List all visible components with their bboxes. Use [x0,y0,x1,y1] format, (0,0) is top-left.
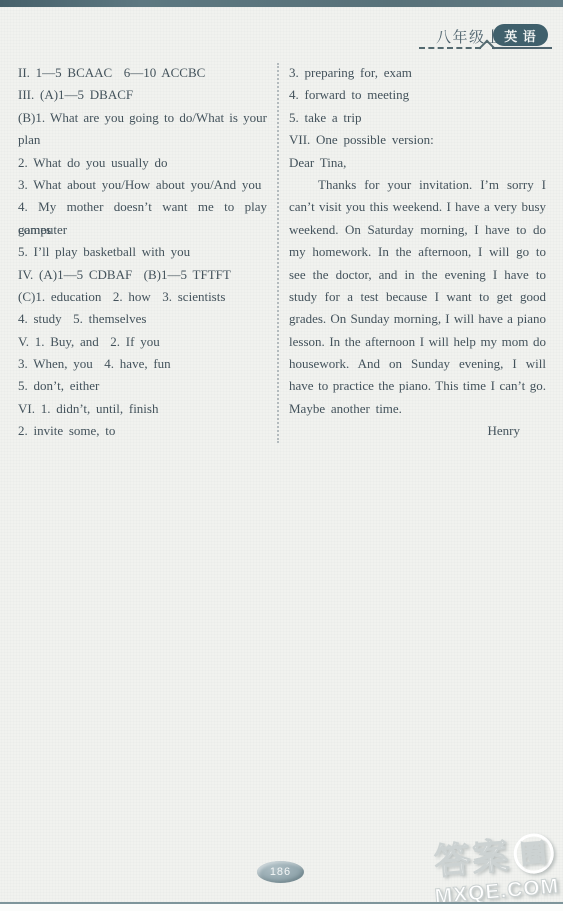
answer-line: 3. What about you/How about you/And you [18,174,267,196]
answer-line: IV. (A)1—5 CDBAF (B)1—5 TFTFT [18,264,267,286]
watermark: 答案 圈 MXQE.COM [417,830,563,911]
letter-body-line: lesson. In the afternoon I will help my … [289,331,546,353]
answer-line: 5. don’t, either [18,375,267,397]
letter-body-line: Maybe another time. [289,398,546,420]
answer-line: 5. take a trip [289,107,546,129]
answer-line: 3. When, you 4. have, fun [18,353,267,375]
answer-line: plan [18,129,267,151]
letter-body-line: housework. And on Sunday evening, I will [289,353,546,375]
letter-body-line: have to practice the piano. This time I … [289,375,546,397]
column-divider [277,63,279,443]
answer-line: (C)1. education 2. how 3. scientists [18,286,267,308]
answer-line: 4. My mother doesn’t want me to play com… [18,196,267,218]
answer-line: VI. 1. didn’t, until, finish [18,398,267,420]
letter-body-line: study for a test because I want to get g… [289,286,546,308]
subject-badge: 英 语 [493,24,548,46]
letter-salutation: Dear Tina, [289,152,546,174]
letter-body-line: can’t visit you this weekend. I have a v… [289,196,546,218]
page-number-badge: 186 [257,861,304,883]
letter-body-line: weekend. On Saturday morning, I have to … [289,219,546,241]
answer-line: 2. What do you usually do [18,152,267,174]
letter-body-line: grades. On Sunday morning, I will have a… [289,308,546,330]
answers-column-right: 3. preparing for, exam 4. forward to mee… [289,62,546,443]
answer-line: 4. forward to meeting [289,84,546,106]
answer-line: (B)1. What are you going to do/What is y… [18,107,267,129]
answer-line: V. 1. Buy, and 2. If you [18,331,267,353]
letter-body-line: Thanks for your invitation. I’m sorry I [289,174,546,196]
answer-line: 4. study 5. themselves [18,308,267,330]
answer-line: VII. One possible version: [289,129,546,151]
watermark-brand-text: 答案 [433,835,512,883]
letter-signature: Henry [289,420,546,442]
answers-column-left: II. 1—5 BCAAC 6—10 ACCBC III. (A)1—5 DBA… [18,62,267,443]
watermark-circle-icon: 圈 [512,832,555,875]
answer-line: III. (A)1—5 DBACF [18,84,267,106]
header-dash-line [419,47,481,49]
subject-badge-underline [492,47,552,49]
answer-line: 5. I’ll play basketball with you [18,241,267,263]
answer-line: 3. preparing for, exam [289,62,546,84]
letter-body-line: see the doctor, and in the evening I hav… [289,264,546,286]
page-bottom-margin [0,904,563,911]
scanned-answer-page: 八年级上 英 语 II. 1—5 BCAAC 6—10 ACCBC III. (… [0,0,563,911]
letter-body-line: my homework. In the afternoon, I will go… [289,241,546,263]
answer-line: 2. invite some, to [18,420,267,442]
page-top-border [0,0,563,7]
answer-line: II. 1—5 BCAAC 6—10 ACCBC [18,62,267,84]
